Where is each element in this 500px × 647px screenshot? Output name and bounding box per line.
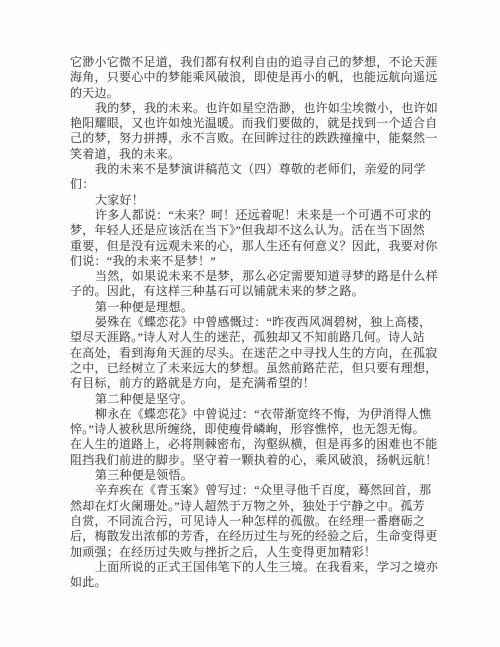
text-line: 大家好！ — [70, 193, 442, 208]
text-line: 们说：“我的未来不是梦！” — [70, 254, 442, 269]
document-page: 它渺小它微不足道，我们都有权利自由的追寻自己的梦想，不论天涯海角，只要心中的梦能… — [0, 0, 500, 647]
text-line: 望尽天涯路。”诗人对人生的迷茫，孤独却又不知前路几何。诗人站 — [70, 330, 442, 345]
text-line: 子的。因此，有这样三种基石可以铺就未来的梦之路。 — [70, 284, 442, 299]
text-line: 第一种便是理想。 — [70, 300, 442, 315]
text-line: 然却在灯火阑珊处。”诗人超然于万物之外，独处于宁静之中。孤芳 — [70, 499, 442, 514]
text-line: 我的未来不是梦演讲稿范文（四）尊敬的老师们，亲爱的同学 — [70, 162, 442, 177]
text-line: 辛弃疾在《青玉案》曾写过：“众里寻他千百度，蓦然回首，那 — [70, 483, 442, 498]
text-line: 当然，如果说未来不是梦，那么必定需要知道寻梦的路是什么样 — [70, 269, 442, 284]
text-line: 许多人都说：“未来？呵！还远着呢！未来是一个可遇不可求的 — [70, 208, 442, 223]
text-line: 上面所说的正式王国伟笔下的人生三境。在我看来，学习之境亦 — [70, 560, 442, 575]
text-line: 我的梦，我的未来。也许如星空浩渺，也许如尘埃微小，也许如 — [70, 101, 442, 116]
text-line: 第三种便是领悟。 — [70, 468, 442, 483]
text-line: 悴。”诗人被秋思所缠绕，即使瘦骨嶙峋，形容憔悴，也无怨无悔。 — [70, 422, 442, 437]
text-line: 海角，只要心中的梦能乘风破浪，即使是再小的帆，也能远航向遥远 — [70, 70, 442, 85]
text-line: 之中，已经树立了未来远大的梦想。虽然前路茫茫，但只要有理想， — [70, 361, 442, 376]
text-line: 己的梦，努力拼搏，永不言败。在回眸过往的跌跌撞撞中，能粲然一 — [70, 131, 442, 146]
text-line: 重要，但是没有远观未来的心，那人生还有何意义？因此，我要对你 — [70, 239, 442, 254]
text-line: 梦，年轻人还是应该活在当下》”但我却不这么认为。活在当下固然 — [70, 223, 442, 238]
text-line: 如此。 — [70, 575, 442, 590]
text-line: 自赏，不同流合污，可见诗人一种怎样的孤傲。在经理一番磨砺之 — [70, 514, 442, 529]
text-line: 在人生的道路上，必将荆棘密布，沟壑纵横，但是再多的困难也不能 — [70, 437, 442, 452]
text-line: 的天边。 — [70, 86, 442, 101]
text-line: 们： — [70, 177, 442, 192]
text-block: 它渺小它微不足道，我们都有权利自由的追寻自己的梦想，不论天涯海角，只要心中的梦能… — [70, 55, 442, 590]
text-line: 晏殊在《蝶恋花》中曾感慨过：“昨夜西风凋碧树，独上高楼， — [70, 315, 442, 330]
text-line: 柳永在《蝶恋花》中曾说过：“衣带渐宽终不悔，为伊消得人憔 — [70, 407, 442, 422]
text-line: 在高处，看到海角天涯的尽头。在迷茫之中寻找人生的方向，在孤寂 — [70, 346, 442, 361]
text-line: 加顽强；在经历过失败与挫折之后，人生变得更加精彩！ — [70, 545, 442, 560]
text-line: 第二种便是坚守。 — [70, 392, 442, 407]
text-line: 它渺小它微不足道，我们都有权利自由的追寻自己的梦想，不论天涯 — [70, 55, 442, 70]
text-line: 笑着道，我的未来。 — [70, 147, 442, 162]
text-line: 阻挡我们前进的脚步。坚守着一颗执着的心，乘风破浪，扬帆远航！ — [70, 453, 442, 468]
text-line: 艳阳耀眼，又也许如烛光温暖。而我们要做的，就是找到一个适合自 — [70, 116, 442, 131]
text-line: 有目标，前方的路就是方向，是充满希望的！ — [70, 376, 442, 391]
text-line: 后，梅散发出浓郁的芳香，在经历过生与死的经验之后，生命变得更 — [70, 529, 442, 544]
